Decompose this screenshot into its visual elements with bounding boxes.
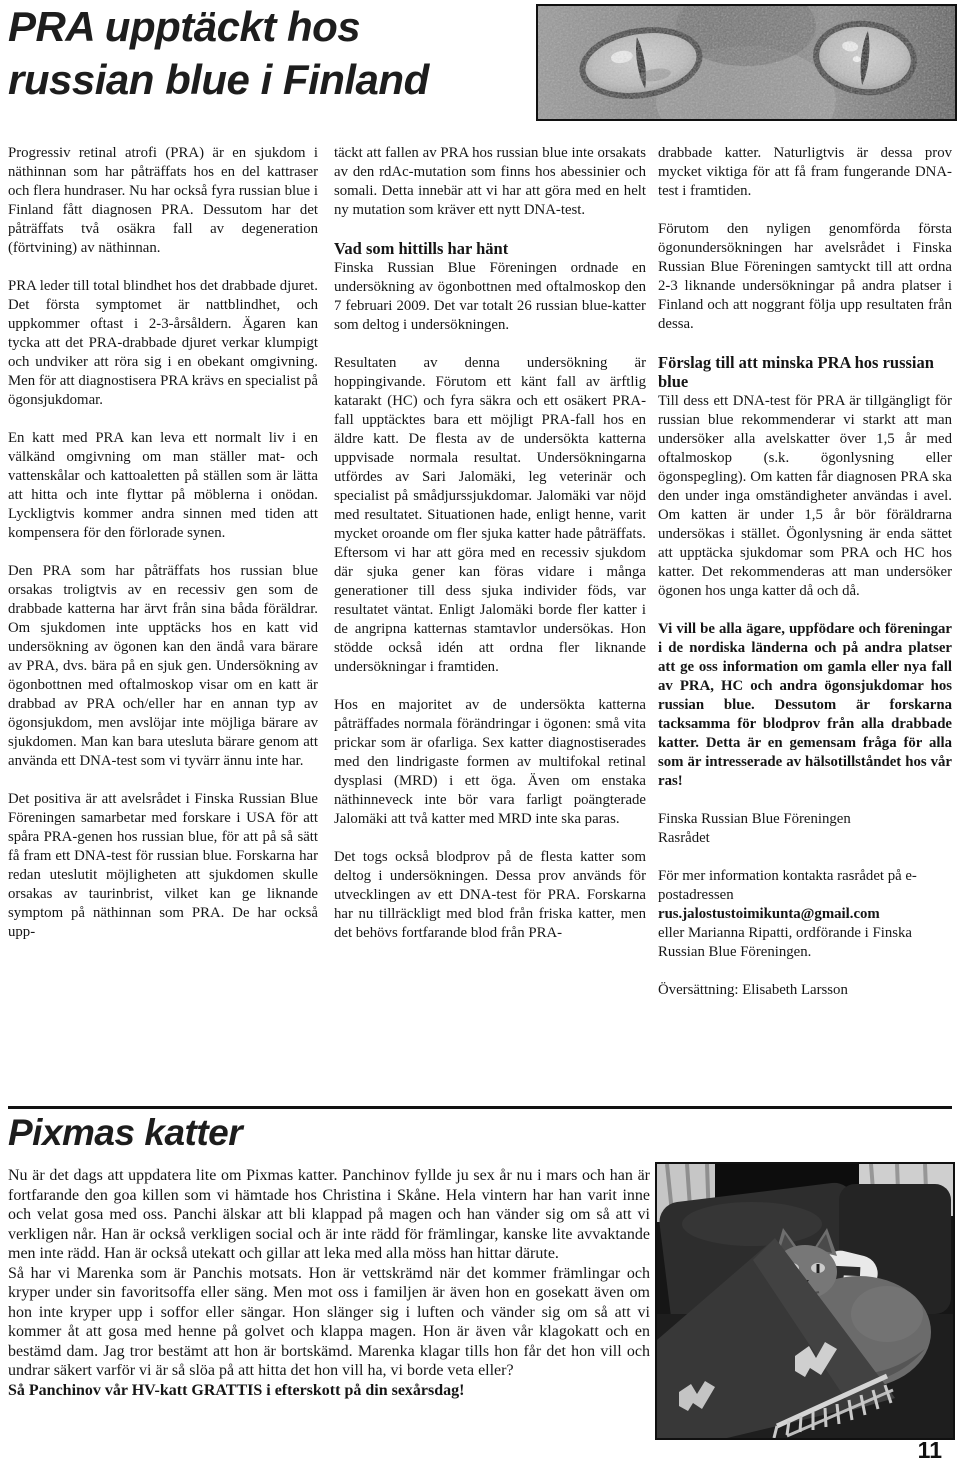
cat-on-sofa-photo <box>655 1162 955 1440</box>
cat-eyes-photo <box>536 4 957 121</box>
paragraph: Hos en majoritet av de undersökta katter… <box>334 696 646 829</box>
pixmas-section-text: Nu är det dags att uppdatera lite om Pix… <box>8 1166 650 1400</box>
contact-intro: För mer information kontakta rasrådet på… <box>658 868 917 903</box>
paragraph: Det positiva är att avelsrådet i Finska … <box>8 790 318 942</box>
paragraph: Förutom den nyligen genomförda första ög… <box>658 220 952 334</box>
contact-outro: eller Marianna Ripatti, ordförande i Fin… <box>658 924 952 962</box>
translation-credit: Översättning: Elisabeth Larsson <box>658 981 952 1000</box>
cat-eyes-photo-drawing <box>538 6 955 119</box>
page-title: PRA upptäckt hos russian blue i Finland <box>8 0 528 106</box>
paragraph: Den PRA som har påträffats hos russian b… <box>8 562 318 771</box>
newsletter-page: PRA upptäckt hos russian blue i Finland <box>0 0 960 1469</box>
section-divider-rule <box>8 1106 952 1109</box>
paragraph: Så har vi Marenka som är Panchis motsats… <box>8 1264 650 1381</box>
article-columns: Progressiv retinal atrofi (PRA) är en sj… <box>8 144 952 1102</box>
signature-block: Finska Russian Blue Föreningen Rasrådet <box>658 810 952 848</box>
signature-council: Rasrådet <box>658 829 952 848</box>
cat-on-sofa-photo-drawing <box>657 1164 953 1438</box>
paragraph-appeal-bold: Vi vill be alla ägare, uppfödare och för… <box>658 620 952 791</box>
page-title-line2: russian blue i Finland <box>8 53 528 106</box>
paragraph: Till dess ett DNA-test för PRA är tillgä… <box>658 392 952 601</box>
contact-block: För mer information kontakta rasrådet på… <box>658 867 952 962</box>
article-column-3: drabbade katter. Naturligtvis är dessa p… <box>658 144 952 1000</box>
contact-email: rus.jalostustoimikunta@gmail.com <box>658 905 952 924</box>
article-column-1: Progressiv retinal atrofi (PRA) är en sj… <box>8 144 318 942</box>
paragraph: Det togs också blodprov på de flesta kat… <box>334 848 646 943</box>
paragraph: Nu är det dags att uppdatera lite om Pix… <box>8 1166 650 1264</box>
pixmas-section-heading: Pixmas katter <box>8 1112 242 1154</box>
section-heading-forslag: Förslag till att minska PRA hos russian … <box>658 353 952 391</box>
paragraph: Progressiv retinal atrofi (PRA) är en sj… <box>8 144 318 258</box>
paragraph: PRA leder till total blindhet hos det dr… <box>8 277 318 410</box>
paragraph-congrats-bold: Så Panchinov vår HV-katt GRATTIS i efter… <box>8 1381 650 1401</box>
paragraph: täckt att fallen av PRA hos russian blue… <box>334 144 646 220</box>
paragraph: Finska Russian Blue Föreningen ordnade e… <box>334 259 646 335</box>
paragraph: drabbade katter. Naturligtvis är dessa p… <box>658 144 952 201</box>
page-title-line1: PRA upptäckt hos <box>8 0 528 53</box>
signature-org: Finska Russian Blue Föreningen <box>658 810 952 829</box>
paragraph: En katt med PRA kan leva ett normalt liv… <box>8 429 318 543</box>
page-number: 11 <box>918 1437 942 1464</box>
article-column-2: täckt att fallen av PRA hos russian blue… <box>334 144 646 943</box>
section-heading-vad-som-hittills: Vad som hittills har hänt <box>334 239 646 258</box>
paragraph: Resultaten av denna undersökning är hopp… <box>334 354 646 677</box>
